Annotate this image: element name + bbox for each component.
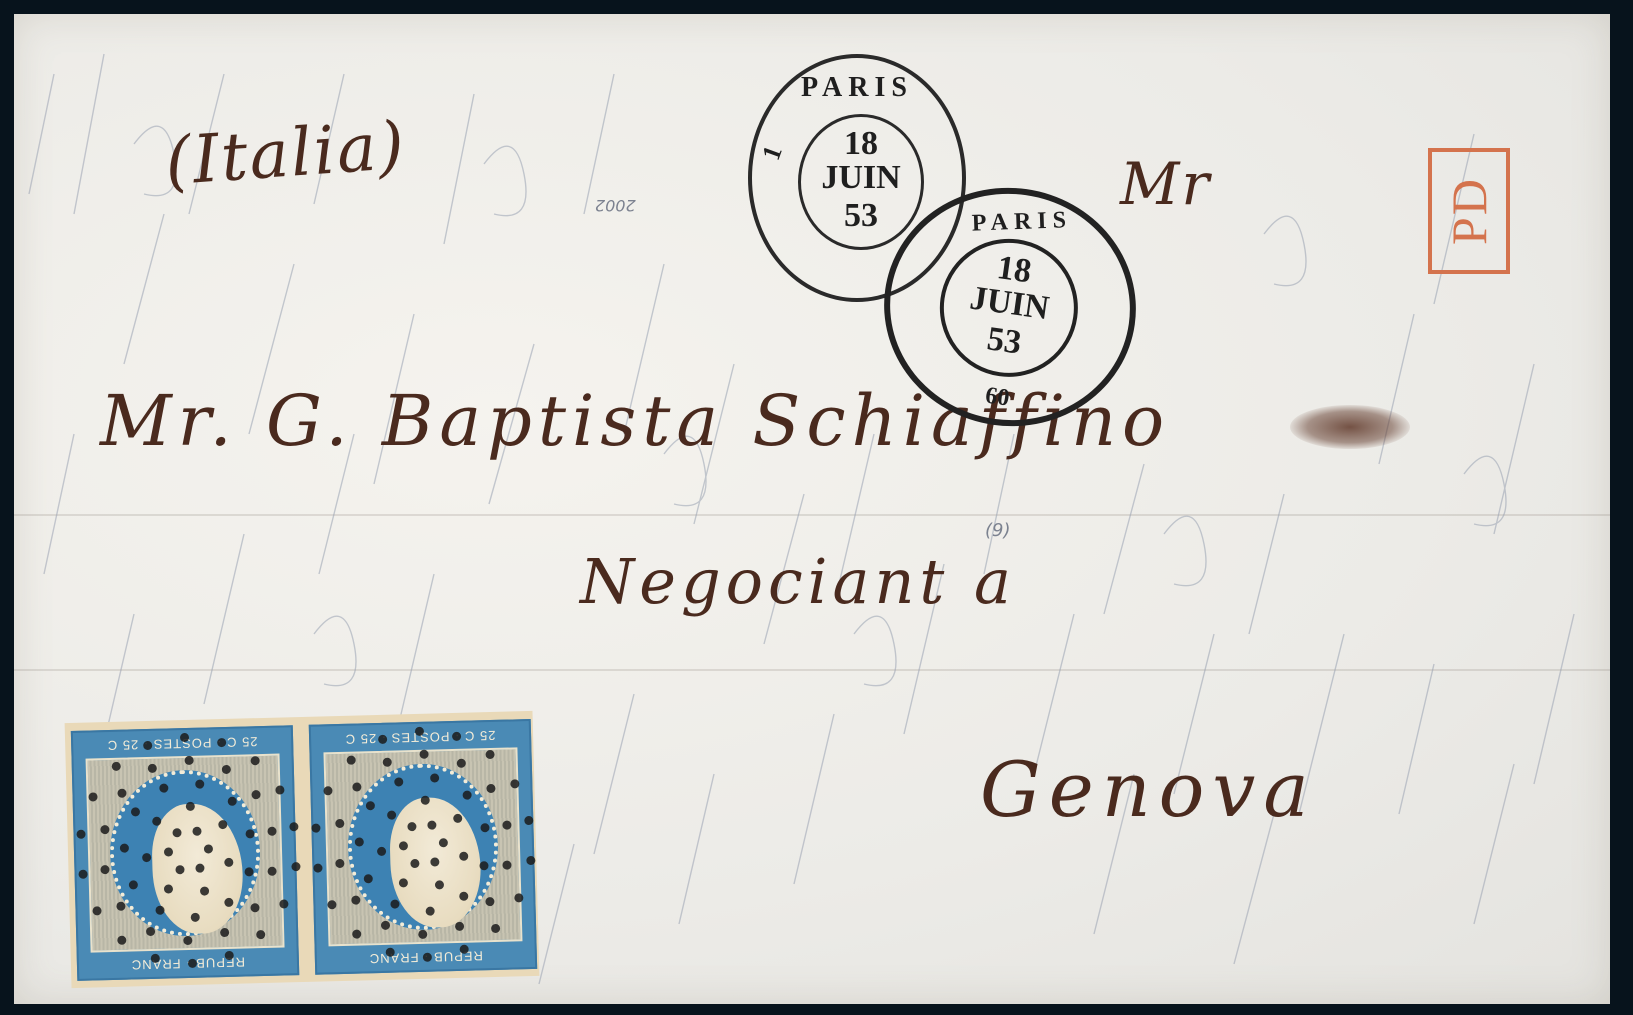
stamp-bottom-legend: REPUB · FRANC bbox=[317, 943, 536, 971]
stamp-top-legend: 25 C · POSTES · 25 C bbox=[73, 729, 292, 757]
stamp-top-legend: 25 C · POSTES · 25 C bbox=[311, 723, 530, 751]
postmark-month: JUIN bbox=[801, 161, 921, 195]
postmark-office-number: 1 bbox=[756, 142, 789, 164]
pencil-number: (9) bbox=[985, 520, 1011, 541]
portrait-icon bbox=[151, 803, 244, 935]
sheet-edge-shadow bbox=[0, 690, 10, 990]
ink-smudge bbox=[1290, 405, 1410, 449]
stamp: 25 C · POSTES · 25 C REPUB · FRANC bbox=[71, 725, 299, 981]
portrait-icon bbox=[389, 796, 482, 928]
stamp-bottom-legend: REPUB · FRANC bbox=[79, 949, 298, 977]
stamp-medallion bbox=[108, 768, 262, 938]
stamp-frame bbox=[323, 747, 522, 946]
destination-city: Genova bbox=[980, 745, 1317, 834]
stamp-frame bbox=[86, 754, 285, 953]
addressee-occupation: Negociant a bbox=[580, 545, 1016, 618]
pd-boxed-marking: PD bbox=[1428, 148, 1510, 274]
cover-photo: (Italia) Mr Mr. G. Baptista Schiaffino N… bbox=[0, 0, 1633, 1015]
pd-text: PD bbox=[1440, 177, 1498, 245]
postmark-inner-ring: 18 JUIN 53 bbox=[931, 230, 1087, 386]
stamp-medallion bbox=[346, 762, 500, 932]
postmark-town: PARIS bbox=[752, 72, 962, 104]
stamp-pair: 25 C · POSTES · 25 C REPUB · FRANC 25 C … bbox=[65, 711, 540, 988]
pencil-code: 2002 bbox=[595, 196, 636, 215]
postmark-day: 18 bbox=[801, 127, 921, 161]
postmark-town: PARIS bbox=[902, 205, 1143, 240]
stamp: 25 C · POSTES · 25 C REPUB · FRANC bbox=[309, 719, 537, 975]
